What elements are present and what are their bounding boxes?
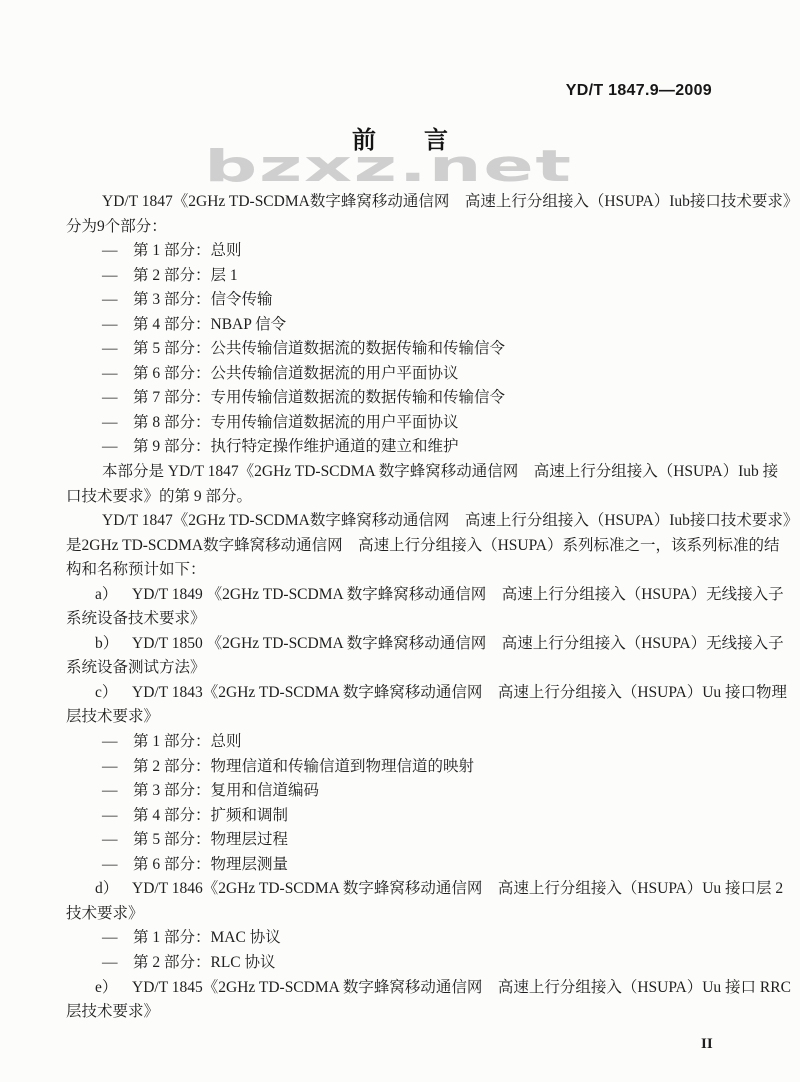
list-letter-marker: c） <box>95 681 132 706</box>
document-line: 构和名称预计如下： <box>66 558 748 583</box>
list-letter-marker: d） <box>95 877 132 902</box>
document-line: —第 3 部分：复用和信道编码 <box>66 779 748 804</box>
document-line: d）YD/T 1846《2GHz TD-SCDMA 数字蜂窝移动通信网 高速上行… <box>66 877 748 902</box>
line-text: 第 1 部分：总则 <box>133 242 242 259</box>
document-line: —第 2 部分：RLC 协议 <box>66 951 748 976</box>
document-line: —第 9 部分：执行特定操作维护通道的建立和维护 <box>66 435 748 460</box>
list-dash-marker: — <box>102 951 133 976</box>
document-line: 层技术要求》 <box>66 1000 748 1025</box>
list-dash-marker: — <box>102 411 133 436</box>
line-text: 第 5 部分：公共传输信道数据流的数据传输和传输信令 <box>133 340 505 357</box>
document-line: 系统设备测试方法》 <box>66 656 748 681</box>
line-text: 第 1 部分：总则 <box>133 733 242 750</box>
document-line: —第 8 部分：专用传输信道数据流的用户平面协议 <box>66 411 748 436</box>
document-line: —第 1 部分：总则 <box>66 730 748 755</box>
list-dash-marker: — <box>102 386 133 411</box>
list-dash-marker: — <box>102 435 133 460</box>
list-dash-marker: — <box>102 264 133 289</box>
document-line: 是2GHz TD-SCDMA数字蜂窝移动通信网 高速上行分组接入（HSUPA）系… <box>66 534 748 559</box>
document-line: 技术要求》 <box>66 902 748 927</box>
list-dash-marker: — <box>102 779 133 804</box>
line-text: 第 2 部分：物理信道和传输信道到物理信道的映射 <box>133 758 474 775</box>
document-line: 本部分是 YD/T 1847《2GHz TD-SCDMA 数字蜂窝移动通信网 高… <box>66 460 748 485</box>
document-line: —第 1 部分：总则 <box>66 239 748 264</box>
line-text: 第 9 部分：执行特定操作维护通道的建立和维护 <box>133 438 459 455</box>
document-line: —第 7 部分：专用传输信道数据流的数据传输和传输信令 <box>66 386 748 411</box>
document-line: —第 5 部分：物理层过程 <box>66 828 748 853</box>
document-line: —第 2 部分：物理信道和传输信道到物理信道的映射 <box>66 755 748 780</box>
list-dash-marker: — <box>102 288 133 313</box>
standard-code: YD/T 1847.9—2009 <box>566 82 712 100</box>
list-letter-marker: b） <box>95 632 132 657</box>
document-line: 系统设备技术要求》 <box>66 607 748 632</box>
line-text: 第 1 部分：MAC 协议 <box>133 929 281 946</box>
document-line: b）YD/T 1850 《2GHz TD-SCDMA 数字蜂窝移动通信网 高速上… <box>66 632 748 657</box>
list-letter-marker: a） <box>95 583 132 608</box>
list-dash-marker: — <box>102 730 133 755</box>
list-dash-marker: — <box>102 362 133 387</box>
line-text: 第 4 部分：NBAP 信令 <box>133 316 286 333</box>
document-line: —第 4 部分：扩频和调制 <box>66 804 748 829</box>
document-line: —第 6 部分：物理层测量 <box>66 853 748 878</box>
line-text: 第 6 部分：公共传输信道数据流的用户平面协议 <box>133 365 459 382</box>
document-body: YD/T 1847《2GHz TD-SCDMA数字蜂窝移动通信网 高速上行分组接… <box>66 190 748 1025</box>
line-text: 第 7 部分：专用传输信道数据流的数据传输和传输信令 <box>133 389 505 406</box>
document-line: a）YD/T 1849 《2GHz TD-SCDMA 数字蜂窝移动通信网 高速上… <box>66 583 748 608</box>
document-line: —第 2 部分：层 1 <box>66 264 748 289</box>
line-text: YD/T 1843《2GHz TD-SCDMA 数字蜂窝移动通信网 高速上行分组… <box>132 684 787 701</box>
document-line: c）YD/T 1843《2GHz TD-SCDMA 数字蜂窝移动通信网 高速上行… <box>66 681 748 706</box>
document-line: —第 4 部分：NBAP 信令 <box>66 313 748 338</box>
line-text: 第 2 部分：层 1 <box>133 267 238 284</box>
page-number: II <box>701 1036 713 1053</box>
document-line: 层技术要求》 <box>66 705 748 730</box>
line-text: 第 6 部分：物理层测量 <box>133 856 288 873</box>
line-text: YD/T 1846《2GHz TD-SCDMA 数字蜂窝移动通信网 高速上行分组… <box>132 880 783 897</box>
list-dash-marker: — <box>102 239 133 264</box>
document-line: —第 5 部分：公共传输信道数据流的数据传输和传输信令 <box>66 337 748 362</box>
document-line: —第 3 部分：信令传输 <box>66 288 748 313</box>
line-text: YD/T 1850 《2GHz TD-SCDMA 数字蜂窝移动通信网 高速上行分… <box>132 635 784 652</box>
document-line: 口技术要求》的第 9 部分。 <box>66 485 748 510</box>
line-text: 第 3 部分：信令传输 <box>133 291 273 308</box>
list-dash-marker: — <box>102 755 133 780</box>
line-text: YD/T 1849 《2GHz TD-SCDMA 数字蜂窝移动通信网 高速上行分… <box>132 586 784 603</box>
document-line: YD/T 1847《2GHz TD-SCDMA数字蜂窝移动通信网 高速上行分组接… <box>66 190 748 215</box>
list-dash-marker: — <box>102 337 133 362</box>
list-dash-marker: — <box>102 804 133 829</box>
line-text: YD/T 1845《2GHz TD-SCDMA 数字蜂窝移动通信网 高速上行分组… <box>132 979 791 996</box>
list-dash-marker: — <box>102 926 133 951</box>
list-letter-marker: e） <box>95 976 132 1001</box>
line-text: 第 3 部分：复用和信道编码 <box>133 782 319 799</box>
document-line: e）YD/T 1845《2GHz TD-SCDMA 数字蜂窝移动通信网 高速上行… <box>66 976 748 1001</box>
document-line: YD/T 1847《2GHz TD-SCDMA数字蜂窝移动通信网 高速上行分组接… <box>66 509 748 534</box>
line-text: 第 2 部分：RLC 协议 <box>133 954 276 971</box>
document-page: YD/T 1847.9—2009 bzxz.net 前 言 YD/T 1847《… <box>0 0 800 1082</box>
list-dash-marker: — <box>102 313 133 338</box>
line-text: 第 8 部分：专用传输信道数据流的用户平面协议 <box>133 414 459 431</box>
list-dash-marker: — <box>102 853 133 878</box>
document-line: 分为9个部分： <box>66 215 748 240</box>
document-line: —第 1 部分：MAC 协议 <box>66 926 748 951</box>
line-text: 第 4 部分：扩频和调制 <box>133 807 288 824</box>
line-text: 第 5 部分：物理层过程 <box>133 831 288 848</box>
list-dash-marker: — <box>102 828 133 853</box>
page-title: 前 言 <box>0 128 800 154</box>
document-line: —第 6 部分：公共传输信道数据流的用户平面协议 <box>66 362 748 387</box>
